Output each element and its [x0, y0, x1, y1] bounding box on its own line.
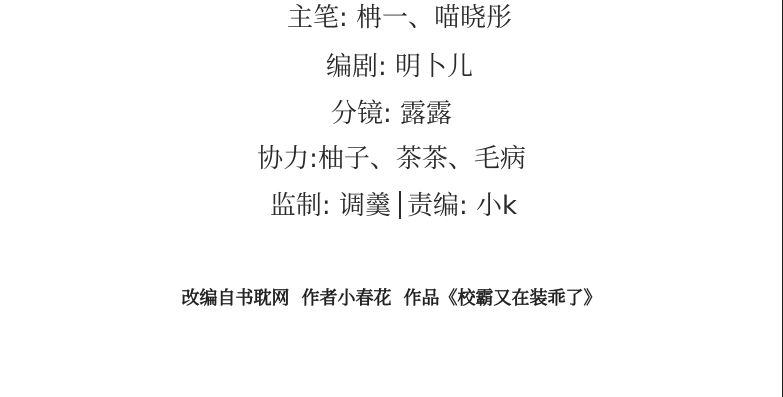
- credit-value: 明卜儿: [395, 52, 473, 82]
- credit-label: 协力:: [257, 144, 318, 174]
- credit-assistants: 协力:柚子、茶茶、毛病: [0, 141, 783, 177]
- credit-value: 柚子、茶茶、毛病: [318, 144, 526, 174]
- source-attribution: 改编自书耽网作者小春花作品《校霸又在装乖了》: [0, 284, 783, 314]
- credit-label: 监制:: [270, 191, 331, 221]
- credit-label: 编剧:: [326, 52, 387, 82]
- credit-screenwriter: 编剧: 明卜儿: [8, 49, 783, 85]
- credit-storyboard: 分镜: 露露: [0, 96, 783, 132]
- source-work-title: 作品《校霸又在装乖了》: [404, 288, 602, 309]
- credit-value: 小k: [476, 191, 517, 221]
- credit-value: 柟一、喵晓彤: [356, 3, 512, 33]
- source-platform: 改编自书耽网: [182, 288, 290, 309]
- separator-bar: [399, 191, 401, 219]
- credit-value: 调羹: [339, 191, 391, 221]
- credit-main-artist: 主笔: 柟一、喵晓彤: [8, 0, 783, 36]
- credit-supervisor-editor: 监制: 调羹责编: 小k: [2, 188, 783, 224]
- credit-value: 露露: [400, 99, 452, 129]
- credit-label: 主笔:: [287, 3, 348, 33]
- source-author: 作者小春花: [302, 288, 392, 309]
- credit-label: 分镜:: [331, 99, 392, 129]
- credit-label: 责编:: [407, 191, 468, 221]
